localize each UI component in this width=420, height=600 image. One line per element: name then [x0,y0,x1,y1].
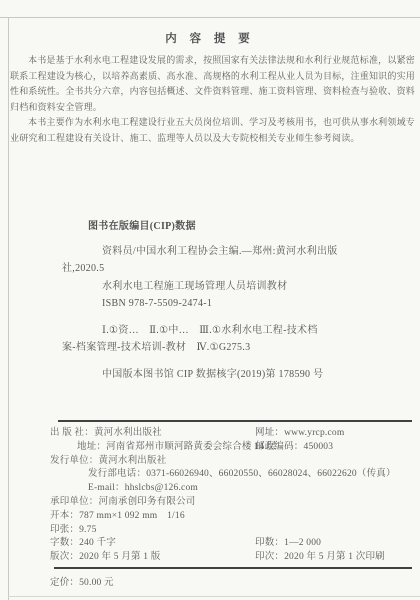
postcode-field: 邮政编码：450003 [255,441,333,455]
price-field: 定价：50.00 元 [50,574,114,588]
summary-paragraph-1: 本书是基于水利水电工程建设发展的需求，按照国家有关法律法规和水利行业规范标准，以… [10,53,415,115]
colophon-row: 承印单位：河南承创印务有限公司 [50,496,415,510]
publisher-field: 出 版 社：黄河水利出版社 [50,428,162,438]
address-field: 地址：河南省郑州市顺河路黄委会综合楼 14 层 [77,442,276,452]
colophon-row: E-mail：hhslcbs@126.com [50,482,415,496]
colophon-row: 发行部电话：0371-66026940、66020550、66028024、66… [50,468,415,482]
cip-classification-line: 案-档案管理-技术培训-教材 Ⅳ.①G275.3 [62,339,372,357]
cip-entry-line: 资料员/中国水利工程协会主编.—郑州:黄河水利出版 [102,243,372,261]
printer-field: 承印单位：河南承创印务有限公司 [50,497,196,507]
content-summary-body: 本书是基于水利水电工程建设发展的需求，按照国家有关法律法规和水利行业规范标准，以… [10,53,415,147]
cip-entry-line: 水利水电工程施工现场管理人员培训教材 [102,278,372,296]
email-field-text: E-mail：hhslcbs@126.com [88,483,198,493]
website-field: 网址：www.yrcp.com [255,427,344,441]
page-edge-top [0,17,420,18]
format-field: 开本：787 mm×1 092 mm 1/16 [50,511,185,521]
scanned-copyright-page: 内 容 提 要 本书是基于水利水电工程建设发展的需求，按照国家有关法律法规和水利… [0,0,420,600]
colophon-row: 开本：787 mm×1 092 mm 1/16 [50,510,415,524]
colophon-row: 字数：240 千字 印数：1—2 000 [50,537,415,551]
divider-top-rule [58,420,412,422]
cip-record-number: 中国版本图书馆 CIP 数据核字(2019)第 178590 号 [102,366,372,384]
colophon-row: 发行单位：黄河水利出版社 [50,455,415,469]
content-summary-title: 内 容 提 要 [0,30,420,46]
colophon-row: 版次：2020 年 5 月第 1 版 印次：2020 年 5 月第 1 次印刷 [50,551,415,565]
colophon-row: 地址：河南省郑州市顺河路黄委会综合楼 14 层 邮政编码：450003 [50,441,415,455]
summary-paragraph-2: 本书主要作为水利水电工程建设行业五大员岗位培训、学习及考核用书，也可供从事水利领… [10,115,415,146]
phone-field: 发行部电话：0371-66026940、66020550、66028024、66… [88,469,396,479]
colophon-row: 印张：9.75 [50,524,415,538]
colophon-row: 出 版 社：黄河水利出版社 网址：www.yrcp.com [50,427,415,441]
cip-entry-line: 社,2020.5 [62,260,372,278]
divider-bottom-rule [54,567,412,569]
colophon-block: 出 版 社：黄河水利出版社 网址：www.yrcp.com 地址：河南省郑州市顺… [50,427,415,565]
cip-isbn-line: ISBN 978-7-5509-2474-1 [102,295,372,313]
sheets-field: 印张：9.75 [50,525,97,535]
page-edge-left [8,17,9,600]
wordcount-field: 字数：240 千字 [50,538,116,548]
distributor-field: 发行单位：黄河水利出版社 [50,456,166,466]
cip-heading: 图书在版编目(CIP)数据 [88,218,372,236]
cip-data-block: 图书在版编目(CIP)数据 资料员/中国水利工程协会主编.—郑州:黄河水利出版 … [62,218,372,383]
cip-classification-line: Ⅰ.①资… Ⅱ.①中… Ⅲ.①水利水电工程-技术档 [102,322,372,340]
printrun-field: 印数：1—2 000 [255,537,321,551]
edition-field: 版次：2020 年 5 月第 1 版 [50,552,160,562]
impression-field: 印次：2020 年 5 月第 1 次印刷 [255,551,385,565]
page-edge-bottom [8,596,420,597]
